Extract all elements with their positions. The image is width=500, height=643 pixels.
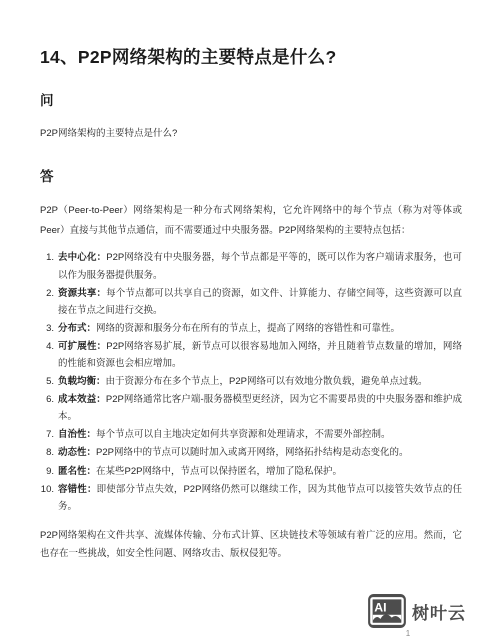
question-text: P2P网络架构的主要特点是什么? — [40, 125, 462, 143]
list-item-term: 动态性： — [58, 447, 96, 458]
list-item-text: 匿名性：在某些P2P网络中，节点可以保持匿名，增加了隐私保护。 — [58, 463, 462, 480]
list-item-text: 资源共享：每个节点都可以共享自己的资源，如文件、计算能力、存储空间等，这些资源可… — [58, 285, 462, 319]
list-item-description: 即使部分节点失效，P2P网络仍然可以继续工作，因为其他节点可以接管失效节点的任务… — [58, 484, 462, 512]
brand-name: 树叶云 — [412, 599, 466, 624]
list-item: 10. 容错性：即使部分节点失效，P2P网络仍然可以继续工作，因为其他节点可以接… — [40, 481, 462, 515]
list-item: 2. 资源共享：每个节点都可以共享自己的资源，如文件、计算能力、存储空间等，这些… — [40, 285, 462, 319]
footer-brand: AI 树叶云 1 — [368, 594, 466, 638]
document-page: 14、P2P网络架构的主要特点是什么? 问 P2P网络架构的主要特点是什么? 答… — [0, 0, 500, 643]
list-item-text: 分布式：网络的资源和服务分布在所有的节点上，提高了网络的容错性和可靠性。 — [58, 320, 462, 337]
list-item-description: 在某些P2P网络中，节点可以保持匿名，增加了隐私保护。 — [96, 466, 342, 477]
list-item-text: 负载均衡：由于资源分布在多个节点上，P2P网络可以有效地分散负载，避免单点过载。 — [58, 373, 462, 390]
list-item: 3. 分布式：网络的资源和服务分布在所有的节点上，提高了网络的容错性和可靠性。 — [40, 320, 462, 337]
list-item-number: 9. — [40, 463, 58, 480]
list-item: 6. 成本效益：P2P网络通常比客户端-服务器模型更经济，因为它不需要昂贵的中央… — [40, 391, 462, 425]
list-item-number: 6. — [40, 391, 58, 425]
list-item-number: 5. — [40, 373, 58, 390]
list-item: 5. 负载均衡：由于资源分布在多个节点上，P2P网络可以有效地分散负载，避免单点… — [40, 373, 462, 390]
list-item-number: 7. — [40, 426, 58, 443]
list-item-term: 资源共享： — [58, 288, 106, 299]
answer-intro: P2P（Peer-to-Peer）网络架构是一种分布式网络架构，它允许网络中的每… — [40, 201, 462, 241]
list-item-number: 10. — [40, 481, 58, 515]
brand-logo-icon: AI — [368, 594, 406, 628]
list-item-description: 每个节点可以自主地决定如何共享资源和处理请求，不需要外部控制。 — [96, 429, 391, 440]
list-item-number: 1. — [40, 249, 58, 283]
list-item-description: P2P网络中的节点可以随时加入或离开网络，网络拓扑结构是动态变化的。 — [96, 447, 408, 458]
list-item: 7. 自治性：每个节点可以自主地决定如何共享资源和处理请求，不需要外部控制。 — [40, 426, 462, 443]
list-item-description: 由于资源分布在多个节点上，P2P网络可以有效地分散负载，避免单点过载。 — [106, 376, 428, 387]
answer-heading: 答 — [40, 165, 462, 185]
brand-logo-text: AI — [374, 600, 386, 614]
list-item: 4. 可扩展性：P2P网络容易扩展，新节点可以很容易地加入网络，并且随着节点数量… — [40, 338, 462, 372]
list-item-term: 自治性： — [58, 429, 96, 440]
list-item-text: 成本效益：P2P网络通常比客户端-服务器模型更经济，因为它不需要昂贵的中央服务器… — [58, 391, 462, 425]
list-item-term: 成本效益： — [58, 394, 106, 405]
list-item-description: P2P网络没有中央服务器，每个节点都是平等的，既可以作为客户端请求服务，也可以作… — [58, 252, 462, 280]
list-item-term: 去中心化： — [58, 252, 106, 263]
list-item-number: 2. — [40, 285, 58, 319]
answer-outro: P2P网络架构在文件共享、流媒体传输、分布式计算、区块链技术等领域有着广泛的应用… — [40, 527, 462, 564]
list-item-term: 分布式： — [58, 323, 96, 334]
list-item-number: 8. — [40, 444, 58, 461]
page-number: 1 — [368, 629, 466, 638]
list-item-text: 可扩展性：P2P网络容易扩展，新节点可以很容易地加入网络，并且随着节点数量的增加… — [58, 338, 462, 372]
list-item-number: 3. — [40, 320, 58, 337]
list-item-term: 匿名性： — [58, 466, 96, 477]
list-item-text: 去中心化：P2P网络没有中央服务器，每个节点都是平等的，既可以作为客户端请求服务… — [58, 249, 462, 283]
list-item-description: P2P网络容易扩展，新节点可以很容易地加入网络，并且随着节点数量的增加，网络的性… — [58, 341, 462, 369]
question-heading: 问 — [40, 89, 462, 109]
list-item-term: 容错性： — [58, 484, 97, 495]
brand-row: AI 树叶云 — [368, 594, 466, 628]
list-item: 9. 匿名性：在某些P2P网络中，节点可以保持匿名，增加了隐私保护。 — [40, 463, 462, 480]
list-item-description: 每个节点都可以共享自己的资源，如文件、计算能力、存储空间等，这些资源可以直接在节… — [58, 288, 462, 316]
list-item-text: 容错性：即使部分节点失效，P2P网络仍然可以继续工作，因为其他节点可以接管失效节… — [58, 481, 462, 515]
list-item-text: 动态性：P2P网络中的节点可以随时加入或离开网络，网络拓扑结构是动态变化的。 — [58, 444, 462, 461]
list-item-description: 网络的资源和服务分布在所有的节点上，提高了网络的容错性和可靠性。 — [96, 323, 400, 334]
list-item-term: 负载均衡： — [58, 376, 106, 387]
page-title: 14、P2P网络架构的主要特点是什么? — [40, 44, 462, 69]
list-item-description: P2P网络通常比客户端-服务器模型更经济，因为它不需要昂贵的中央服务器和维护成本… — [58, 394, 462, 422]
list-item-number: 4. — [40, 338, 58, 372]
list-item: 8. 动态性：P2P网络中的节点可以随时加入或离开网络，网络拓扑结构是动态变化的… — [40, 444, 462, 461]
list-item-text: 自治性：每个节点可以自主地决定如何共享资源和处理请求，不需要外部控制。 — [58, 426, 462, 443]
list-item-term: 可扩展性： — [58, 341, 106, 352]
feature-list: 1. 去中心化：P2P网络没有中央服务器，每个节点都是平等的，既可以作为客户端请… — [40, 249, 462, 514]
list-item: 1. 去中心化：P2P网络没有中央服务器，每个节点都是平等的，既可以作为客户端请… — [40, 249, 462, 283]
